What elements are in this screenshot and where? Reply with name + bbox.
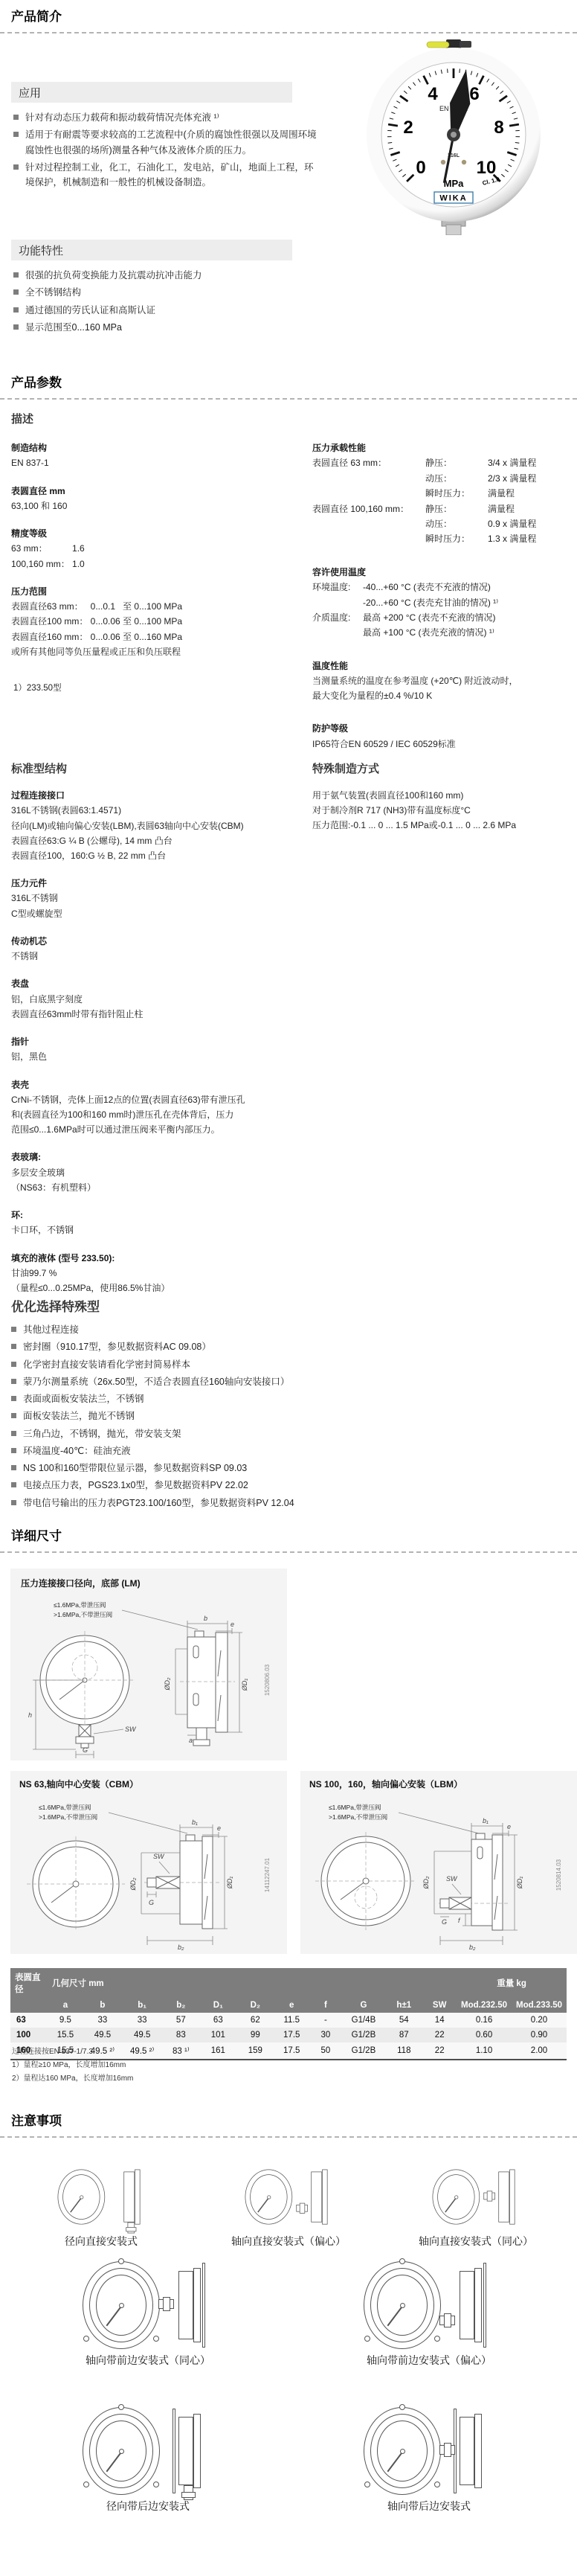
header-cell: b₁ bbox=[122, 1998, 162, 2013]
bullet-text: 针对过程控制工业，化工，石油化工，发电站，矿山，地面上工程，环境保护，机械制造和… bbox=[25, 160, 318, 190]
spec-block: 传动机芯 不锈钢 bbox=[11, 934, 305, 964]
flange-lug bbox=[364, 2482, 370, 2487]
drawing-id: 1520806.03 bbox=[264, 1664, 271, 1696]
drawing-panel-cbm: NS 63,轴向中心安装（CBM） ≤1.6MPa,带泄压阀 >1.6MPa,不… bbox=[10, 1771, 287, 1954]
dimension-value-cell: 99 bbox=[236, 2028, 274, 2042]
dimension-value-cell: 33 bbox=[83, 2013, 122, 2028]
description-right-column: 压力承载性能 表圆直径 63 mm： 静压： 3/4 x 满量程 动压： 2/3… bbox=[312, 440, 577, 764]
spec-block-title: 传动机芯 bbox=[11, 934, 305, 949]
dimension-value-cell: 11.5 bbox=[274, 2013, 309, 2028]
dimension-value-cell: 87 bbox=[385, 2028, 422, 2042]
bullet-item: 面板安装法兰，抛光不锈钢 bbox=[11, 1409, 428, 1423]
dimension-value-cell: 49.5 bbox=[122, 2028, 162, 2042]
bullet-item: 针对过程控制工业，化工，石油化工，发电站，矿山，地面上工程，环境保护，机械制造和… bbox=[13, 160, 318, 190]
dial-screw bbox=[441, 160, 445, 164]
mounting-caption: 轴向带前边安装式（偏心） bbox=[367, 2353, 491, 2368]
temperature-row: -20...+60 °C (表壳充甘油的情况) ¹⁾ bbox=[312, 595, 577, 610]
pressure-capacity-row: 动压： 0.9 x 满量程 bbox=[312, 516, 577, 531]
mounting-caption: 径向带后边安装式 bbox=[106, 2499, 190, 2513]
mount-side-view bbox=[120, 2170, 145, 2225]
header-cell: D₁ bbox=[199, 1998, 236, 2013]
dim-label-h: h bbox=[28, 1711, 32, 1719]
section-title: 产品参数 bbox=[11, 376, 62, 390]
bullet-item: 环境温度-40℃：硅油充液 bbox=[11, 1444, 428, 1458]
mounting-diagram-cell: 径向带后边安装式 bbox=[7, 2409, 288, 2513]
application-title: 应用 bbox=[19, 87, 41, 100]
dimension-value-cell: 50 bbox=[309, 2042, 341, 2060]
bullet-square-icon bbox=[11, 1465, 16, 1470]
header-cell: G bbox=[342, 1998, 386, 2013]
bullet-text: 表面或面板安装法兰，不锈钢 bbox=[23, 1391, 144, 1406]
spec-line: EN 837-1 bbox=[11, 455, 305, 470]
spec-line: 不锈钢 bbox=[11, 949, 305, 964]
spec-line: 铝，白底黑字刻度 bbox=[11, 992, 305, 1007]
bullet-text: NS 100和160型带限位显示器，参见数据资料SP 09.03 bbox=[23, 1461, 247, 1476]
mount-front-view bbox=[370, 2414, 434, 2488]
spec-block: 表盘 铝，白底黑字刻度表圆直径63mm时带有指针阻止柱 bbox=[11, 976, 305, 1022]
features-bullets: 很强的抗负荷变换能力及抗震动抗冲击能力 全不锈钢结构 通过德国的劳氏认证和高斯认… bbox=[13, 268, 318, 337]
application-bullets: 针对有动态压力载荷和振动载荷情况壳体充液 ¹⁾ 适用于有耐震等要求较高的工艺流程… bbox=[13, 110, 318, 192]
mounting-diagram-cell: 轴向带前边安装式（偏心） bbox=[288, 2263, 570, 2368]
spec-line: 表圆直径100 mm： 0...0.06 至 0...100 MPa bbox=[11, 614, 305, 629]
spec-block: 精度等级 63 mm： 1.6 100,160 mm： 1.0 bbox=[11, 526, 305, 571]
mount-side-view bbox=[455, 2414, 488, 2488]
spec-line: 范围≤0...1.6MPa时可以通过泄压阀来平衡内部压力。 bbox=[11, 1122, 305, 1137]
dimension-value-cell: 49.5 bbox=[83, 2028, 122, 2042]
dim-label-b2: b₂ bbox=[469, 1944, 476, 1951]
drawing-panel-lm: 压力连接接口径向，底部 (LM) ≤1.6MPa,带泄压阀 >1.6MPa,不带… bbox=[10, 1569, 287, 1760]
bullet-item: 针对有动态压力载荷和振动载荷情况壳体充液 ¹⁾ bbox=[13, 110, 318, 125]
spec-line: 最大变化为量程的±0.4 %/10 K bbox=[312, 688, 577, 703]
spec-line: 表圆直径63 mm： 0...0.1 至 0...100 MPa bbox=[11, 599, 305, 614]
mounting-caption: 轴向直接安装式（同心） bbox=[419, 2234, 533, 2249]
mount-front-view bbox=[370, 2268, 434, 2342]
bullet-square-icon bbox=[11, 1344, 16, 1349]
features-title: 功能特性 bbox=[19, 245, 63, 257]
temperature-row: 介质温度: 最高 +200 °C (表壳不充液的情况) bbox=[312, 610, 577, 625]
mount-front-view bbox=[433, 2170, 480, 2225]
bullet-item: 很强的抗负荷变换能力及抗震动抗冲击能力 bbox=[13, 268, 318, 283]
mount-front-view bbox=[245, 2170, 293, 2225]
bottom-connection-stem bbox=[184, 2485, 193, 2500]
bullet-text: 其他过程连接 bbox=[23, 1322, 79, 1337]
mounting-diagram-cell: 轴向带后边安装式 bbox=[288, 2409, 570, 2513]
dimension-value-cell: G1/4B bbox=[342, 2013, 386, 2028]
header-cell: h±1 bbox=[385, 1998, 422, 2013]
technical-drawing-lbm: NS 100，160，轴向偏心安装（LBM） ≤1.6MPa,带泄压阀 >1.6… bbox=[300, 1771, 577, 1954]
temperature-row: 最高 +100 °C (表壳充液的情况) ¹⁾ bbox=[312, 625, 577, 640]
bullet-text: 显示范围至0...160 MPa bbox=[25, 320, 122, 335]
dimension-value-cell: 159 bbox=[236, 2042, 274, 2060]
spec-block-title: 压力承载性能 bbox=[312, 440, 577, 455]
mount-front-view bbox=[58, 2170, 106, 2225]
table-footnotes: 过程连接按EN 837-1/7.31）量程≥10 MPa，长度增加16mm2）量… bbox=[12, 2046, 133, 2086]
back-flange-plate bbox=[173, 2409, 175, 2493]
spec-line: 多层安全玻璃 bbox=[11, 1165, 305, 1180]
bullet-item: 显示范围至0...160 MPa bbox=[13, 320, 318, 335]
mount-side-view bbox=[495, 2170, 520, 2225]
dial-number: 10 bbox=[477, 158, 497, 178]
mounting-diagram bbox=[363, 2263, 495, 2347]
bullet-text: 蒙乃尔测量系统（26x.50型，不适合表圆直径160轴向安装接口） bbox=[23, 1374, 289, 1389]
dimension-value-cell: 14 bbox=[422, 2013, 457, 2028]
dimension-value-cell: 118 bbox=[385, 2042, 422, 2060]
spec-block-title: 压力范围 bbox=[11, 584, 305, 599]
bullet-item: 其他过程连接 bbox=[11, 1322, 428, 1337]
bullet-item: 蒙乃尔测量系统（26x.50型，不适合表圆直径160轴向安装接口） bbox=[11, 1374, 428, 1389]
pressure-capacity-row: 瞬时压力： 满量程 bbox=[312, 486, 577, 501]
dimension-value-cell: 2.00 bbox=[512, 2042, 567, 2060]
bullet-text: 带电信号输出的压力表PGT23.100/160型，参见数据资料PV 12.04 bbox=[23, 1496, 294, 1510]
bullet-item: NS 100和160型带限位显示器，参见数据资料SP 09.03 bbox=[11, 1461, 428, 1476]
header-cell: Mod.232.50 bbox=[457, 1998, 512, 2013]
spec-block: 过程连接接口 316L不锈钢(表圆63:1.4571)径向(LM)或轴向偏心安装… bbox=[11, 788, 305, 863]
mounting-diagram bbox=[363, 2409, 495, 2493]
description-title: 描述 bbox=[11, 411, 33, 426]
bullet-item: 适用于有耐震等要求较高的工艺流程中(介质的腐蚀性很强以及周围环境腐蚀性也很强的场… bbox=[13, 127, 318, 158]
flange-lug bbox=[399, 2258, 405, 2264]
dim-label-sw: SW bbox=[125, 1726, 137, 1733]
bullet-text: 适用于有耐震等要求较高的工艺流程中(介质的腐蚀性很强以及周围环境腐蚀性也很强的场… bbox=[25, 127, 318, 158]
standard-structure-title: 标准型结构 bbox=[11, 760, 305, 776]
drawing-title: NS 63,轴向中心安装（CBM） bbox=[19, 1778, 138, 1790]
dial-number: 0 bbox=[416, 158, 425, 178]
spec-block-title: 制造结构 bbox=[11, 440, 305, 455]
spec-block-title: 填充的液体 (型号 233.50): bbox=[11, 1251, 305, 1266]
col-group-geometry: 几何尺寸 mm bbox=[48, 1968, 457, 1998]
dim-label-g: G bbox=[149, 1899, 154, 1906]
col-group-weight: 重量 kg bbox=[457, 1968, 567, 1998]
spec-line: IP65符合EN 60529 / IEC 60529标准 bbox=[312, 737, 577, 752]
spec-line: 100,160 mm： 1.0 bbox=[11, 557, 305, 571]
mounting-diagram-cell: 径向直接安装式 bbox=[7, 2144, 195, 2249]
mount-front-view bbox=[89, 2414, 153, 2488]
spec-block-title: 压力元件 bbox=[11, 876, 305, 891]
bullet-item: 带电信号输出的压力表PGT23.100/160型，参见数据资料PV 12.04 bbox=[11, 1496, 428, 1510]
col-group-size: 表圆直径 bbox=[10, 1968, 48, 1998]
description-left-column: 制造结构 EN 837-1 表圆直径 mm 63,100 和 160 精度等级 bbox=[11, 440, 305, 672]
dim-label-d1: ØD₁ bbox=[241, 1679, 248, 1692]
connection-stem bbox=[446, 225, 461, 235]
bullet-text: 三角凸边，不锈钢，抛光，带安装支架 bbox=[23, 1426, 181, 1441]
drawing-title: 压力连接接口径向，底部 (LM) bbox=[21, 1577, 141, 1589]
pressure-capacity-row: 表圆直径 100,160 mm： 静压： 满量程 bbox=[312, 502, 577, 516]
section-title: 详细尺寸 bbox=[11, 1529, 62, 1543]
bullet-item: 密封圈（910.17型，参见数据资料AC 09.08） bbox=[11, 1339, 428, 1354]
needle-hub-center bbox=[451, 132, 457, 138]
spec-block: 环: 卡口环，不锈钢 bbox=[11, 1208, 305, 1238]
spec-block: 表壳 CrNi-不锈钢，壳体上面12点的位置(表圆直径63)带有泄压孔和(表圆直… bbox=[11, 1077, 305, 1138]
flange-lug bbox=[434, 2482, 440, 2487]
dial-number: 4 bbox=[428, 84, 438, 104]
flange-lug bbox=[83, 2482, 89, 2487]
dimension-value-cell: G1/2B bbox=[342, 2042, 386, 2060]
dim-label-b: b bbox=[204, 1615, 207, 1622]
special-manufacture-title: 特殊制造方式 bbox=[312, 760, 577, 776]
pressure-gauge-photo: 0 2 4 6 8 10 EN 837-1 316L MPa Cl. 1.0 W… bbox=[341, 37, 567, 235]
header-cell: b bbox=[83, 1998, 122, 2013]
table-group-header-row: 表圆直径 几何尺寸 mm 重量 kg bbox=[10, 1968, 567, 1998]
dimension-value-cell: 9.5 bbox=[48, 2013, 83, 2028]
spec-block-title: 过程连接接口 bbox=[11, 788, 305, 803]
mount-front-view bbox=[89, 2268, 153, 2342]
table-footnote-line: 过程连接按EN 837-1/7.3 bbox=[12, 2046, 133, 2057]
spec-line: 和(表圆直径为100和160 mm时)泄压孔在壳体背后，压力 bbox=[11, 1107, 305, 1122]
table-footnote-line: 2）量程达160 MPa，长度增加16mm bbox=[12, 2073, 133, 2084]
header-cell: e bbox=[274, 1998, 309, 2013]
spec-line: 铝，黑色 bbox=[11, 1049, 305, 1064]
dial-screw bbox=[462, 160, 466, 164]
dimension-value-cell: 17.5 bbox=[274, 2028, 309, 2042]
mount-side-view bbox=[174, 2414, 207, 2488]
bullet-square-icon bbox=[13, 115, 19, 120]
dimension-value-cell: 22 bbox=[422, 2042, 457, 2060]
section-title: 注意事项 bbox=[11, 2114, 62, 2128]
bullet-text: 针对有动态压力载荷和振动载荷情况壳体充液 ¹⁾ bbox=[25, 110, 219, 125]
header-cell: b₂ bbox=[162, 1998, 199, 2013]
dim-label-d2: ØD₂ bbox=[129, 1877, 137, 1891]
spec-block: 压力元件 316L不锈钢C型或螺旋型 bbox=[11, 876, 305, 921]
spec-block: 压力范围 表圆直径63 mm： 0...0.1 至 0...100 MPa 表圆… bbox=[11, 584, 305, 659]
mounting-diagram-cell: 轴向带前边安装式（同心） bbox=[7, 2263, 288, 2368]
bullet-square-icon bbox=[11, 1482, 16, 1487]
bullet-square-icon bbox=[11, 1431, 16, 1436]
spec-line: 316L不锈钢(表圆63:1.4571) bbox=[11, 803, 305, 818]
spec-line: 表圆直径100，160:G ½ B, 22 mm 凸台 bbox=[11, 848, 305, 863]
bullet-item: 电接点压力表，PGS23.1x0型，参见数据资料PV 22.02 bbox=[11, 1478, 428, 1493]
dimension-size-cell: 63 bbox=[10, 2013, 48, 2028]
header-cell-blank bbox=[10, 1998, 48, 2013]
flange-lug bbox=[153, 2336, 159, 2342]
temperature-allow-block: 容许使用温度 环境温度: -40...+60 °C (表壳不充液的情况) -20… bbox=[312, 565, 577, 641]
spec-block: 指针 铝，黑色 bbox=[11, 1034, 305, 1065]
dimension-value-cell: 63 bbox=[199, 2013, 236, 2028]
header-cell: a bbox=[48, 1998, 83, 2013]
technical-drawing-lm: 压力连接接口径向，底部 (LM) ≤1.6MPa,带泄压阀 >1.6MPa,不带… bbox=[10, 1569, 287, 1760]
front-flange-plate bbox=[202, 2263, 205, 2348]
bullet-square-icon bbox=[13, 164, 19, 170]
bullet-square-icon bbox=[11, 1362, 16, 1367]
features-subheader: 功能特性 bbox=[11, 240, 292, 260]
dimension-value-cell: 0.20 bbox=[512, 2013, 567, 2028]
dim-label-a: a bbox=[189, 1737, 193, 1744]
spec-line: （NS63：有机塑料） bbox=[11, 1180, 305, 1195]
dimension-value-cell: 22 bbox=[422, 2028, 457, 2042]
options-title: 优化选择特殊型 bbox=[11, 1296, 428, 1315]
bullet-square-icon bbox=[13, 272, 19, 278]
spec-block-title: 指针 bbox=[11, 1034, 305, 1049]
valve-note: >1.6MPa,不带泄压阀 bbox=[39, 1813, 98, 1821]
spec-line: 甘油99.7 % bbox=[11, 1266, 305, 1281]
dimension-value-cell: 0.16 bbox=[457, 2013, 512, 2028]
bullet-item: 全不锈钢结构 bbox=[13, 285, 318, 300]
valve-note: >1.6MPa,不带泄压阀 bbox=[329, 1813, 388, 1821]
spec-line: 表圆直径63:G ¼ B (公螺母), 14 mm 凸台 bbox=[11, 833, 305, 848]
dimension-value-cell: 161 bbox=[199, 2042, 236, 2060]
back-connection-stem bbox=[158, 2299, 174, 2309]
dimension-value-cell: 33 bbox=[122, 2013, 162, 2028]
dimension-value-cell: 0.90 bbox=[512, 2028, 567, 2042]
valve-note: >1.6MPa,不带泄压阀 bbox=[54, 1611, 113, 1618]
bullet-text: 很强的抗负荷变换能力及抗震动抗冲击能力 bbox=[25, 268, 202, 283]
dimension-row: 63 9.5333357636211.5-G1/4B54140.160.20 bbox=[10, 2013, 567, 2028]
special-manufacture-column: 特殊制造方式 用于氨气装置(表圆直径100和160 mm)对于制冷剂R 717 … bbox=[312, 760, 577, 833]
bullet-square-icon bbox=[11, 1327, 16, 1332]
spec-block-title: 温度性能 bbox=[312, 659, 577, 673]
bullet-text: 通过德国的劳氏认证和高斯认证 bbox=[25, 303, 155, 318]
dial-number: 2 bbox=[403, 118, 413, 138]
standard-structure-column: 标准型结构 过程连接接口 316L不锈钢(表圆63:1.4571)径向(LM)或… bbox=[11, 760, 305, 1308]
bullet-square-icon bbox=[11, 1396, 16, 1401]
spec-block: 表玻璃: 多层安全玻璃（NS63：有机塑料） bbox=[11, 1150, 305, 1195]
table-footnote-line: 1）量程≥10 MPa，长度增加16mm bbox=[12, 2060, 133, 2071]
drawing-id: 1520814.03 bbox=[555, 1859, 562, 1891]
mounting-diagram bbox=[82, 2409, 214, 2493]
spec-block-title: 表盘 bbox=[11, 976, 305, 991]
bullet-item: 三角凸边，不锈钢，抛光，带安装支架 bbox=[11, 1426, 428, 1441]
dim-label-f: f bbox=[458, 1917, 461, 1924]
mounting-caption: 轴向带前边安装式（同心） bbox=[86, 2353, 210, 2368]
vent-valve-yellow-lever bbox=[427, 42, 449, 48]
options-section: 优化选择特殊型 其他过程连接 密封圈（910.17型，参见数据资料AC 09.0… bbox=[11, 1296, 428, 1513]
mounting-diagram bbox=[52, 2166, 150, 2228]
bullet-square-icon bbox=[13, 324, 19, 330]
dimension-value-cell: 15.5 bbox=[48, 2028, 83, 2042]
spec-line: 63,100 和 160 bbox=[11, 499, 305, 513]
spec-line: 316L不锈钢 bbox=[11, 891, 305, 906]
mount-side-view bbox=[174, 2268, 207, 2342]
mounting-diagram-cell: 轴向直接安装式（同心） bbox=[382, 2144, 570, 2249]
bullet-item: 表面或面板安装法兰，不锈钢 bbox=[11, 1391, 428, 1406]
back-connection-stem bbox=[483, 2193, 495, 2200]
valve-note: ≤1.6MPa,带泄压阀 bbox=[39, 1804, 91, 1811]
dimension-value-cell: 101 bbox=[199, 2028, 236, 2042]
flange-lug bbox=[399, 2404, 405, 2410]
drawing-panel-lbm: NS 100，160，轴向偏心安装（LBM） ≤1.6MPa,带泄压阀 >1.6… bbox=[300, 1771, 577, 1954]
dimension-row: 100 15.549.549.5831019917.530G1/2B87220.… bbox=[10, 2028, 567, 2042]
dimension-value-cell: G1/2B bbox=[342, 2028, 386, 2042]
application-subheader: 应用 bbox=[11, 82, 292, 103]
bullet-square-icon bbox=[11, 1413, 16, 1418]
protection-block: 防护等级 IP65符合EN 60529 / IEC 60529标准 bbox=[312, 721, 577, 752]
header-cell: Mod.233.50 bbox=[512, 1998, 567, 2013]
bullet-item: 通过德国的劳氏认证和高斯认证 bbox=[13, 303, 318, 318]
spec-block-title: 表玻璃: bbox=[11, 1150, 305, 1164]
spec-line: CrNi-不锈钢，壳体上面12点的位置(表圆直径63)带有泄压孔 bbox=[11, 1092, 305, 1107]
section-title: 产品简介 bbox=[11, 10, 62, 24]
dim-label-d2: ØD₂ bbox=[422, 1876, 430, 1890]
description-footnote: 1）233.50型 bbox=[13, 682, 62, 693]
dimension-value-cell: 30 bbox=[309, 2028, 341, 2042]
bullet-square-icon bbox=[13, 289, 19, 295]
section-header-dimensions: 详细尺寸 bbox=[0, 1519, 577, 1553]
section-header-intro: 产品简介 bbox=[0, 0, 577, 33]
dim-label-d1: ØD₁ bbox=[226, 1877, 233, 1890]
mount-side-view bbox=[455, 2268, 488, 2342]
flange-lug bbox=[118, 2258, 124, 2264]
unit-label: MPa bbox=[444, 178, 465, 189]
bullet-text: 全不锈钢结构 bbox=[25, 285, 81, 300]
bullet-item: 化学密封直接安装请看化学密封简易样本 bbox=[11, 1357, 428, 1372]
spec-block-title: 防护等级 bbox=[312, 721, 577, 736]
valve-note: ≤1.6MPa,带泄压阀 bbox=[329, 1804, 381, 1811]
section-header-notes: 注意事项 bbox=[0, 2104, 577, 2138]
spec-line: 63 mm： 1.6 bbox=[11, 541, 305, 556]
back-connection-stem bbox=[439, 2445, 455, 2455]
mounting-diagram bbox=[239, 2166, 338, 2228]
dimension-value-cell: 17.5 bbox=[274, 2042, 309, 2060]
flange-lug bbox=[434, 2336, 440, 2342]
spec-line: 用于氨气装置(表圆直径100和160 mm) bbox=[312, 788, 577, 803]
spec-line: 或所有其他同等负压量程或正压和负压联程 bbox=[11, 644, 305, 659]
dial-number: 8 bbox=[494, 118, 503, 138]
header-cell: D₂ bbox=[236, 1998, 274, 2013]
spec-line: （量程≤0...0.25MPa，使用86.5%甘油） bbox=[11, 1281, 305, 1295]
mounting-row-3: 径向带后边安装式 bbox=[7, 2409, 573, 2513]
mount-side-view bbox=[308, 2170, 332, 2225]
flange-lug bbox=[364, 2336, 370, 2342]
dimension-value-cell: 83 bbox=[162, 2028, 199, 2042]
spec-line: 对于制冷剂R 717 (NH3)带有温度标度°C bbox=[312, 803, 577, 818]
table-header-row: abb₁b₂D₁D₂efGh±1SWMod.232.50Mod.233.50 bbox=[10, 1998, 567, 2013]
temperature-row: 环境温度: -40...+60 °C (表壳不充液的情况) bbox=[312, 580, 577, 595]
spec-block: 表圆直径 mm 63,100 和 160 bbox=[11, 484, 305, 514]
bullet-square-icon bbox=[13, 307, 19, 313]
spec-line: 表圆直径160 mm： 0...0.06 至 0...160 MPa bbox=[11, 629, 305, 644]
temperature-effect-block: 温度性能 当测量系统的温度在参考温度 (+20℃) 附近波动时，最大变化为量程的… bbox=[312, 659, 577, 704]
dim-label-d2: ØD₂ bbox=[164, 1677, 171, 1691]
mounting-diagram-cell: 轴向直接安装式（偏心） bbox=[195, 2144, 382, 2249]
spec-block-title: 表壳 bbox=[11, 1077, 305, 1092]
brand-logo: WIKA bbox=[439, 194, 467, 203]
spec-block-title: 容许使用温度 bbox=[312, 565, 577, 580]
spec-line: 卡口环，不锈钢 bbox=[11, 1223, 305, 1237]
dimension-value-cell: 62 bbox=[236, 2013, 274, 2028]
spec-line: 当测量系统的温度在参考温度 (+20℃) 附近波动时， bbox=[312, 673, 577, 688]
pressure-capacity-row: 瞬时压力： 1.3 x 满量程 bbox=[312, 531, 577, 546]
dim-label-sw: SW bbox=[153, 1853, 165, 1860]
section-header-parameters: 产品参数 bbox=[0, 366, 577, 400]
spec-line: 径向(LM)或轴向偏心安装(LBM),表圆63轴向中心安装(CBM) bbox=[11, 818, 305, 833]
dim-label-b1: b₁ bbox=[192, 1819, 198, 1826]
spec-block-title: 精度等级 bbox=[11, 526, 305, 541]
dim-label-b1: b₁ bbox=[483, 1817, 489, 1824]
bullet-text: 电接点压力表，PGS23.1x0型，参见数据资料PV 22.02 bbox=[23, 1478, 248, 1493]
valve-note: ≤1.6MPa,带泄压阀 bbox=[54, 1601, 106, 1609]
spec-block-title: 环: bbox=[11, 1208, 305, 1223]
dim-label-e: e bbox=[231, 1621, 234, 1628]
dim-label-e: e bbox=[217, 1824, 221, 1832]
bullet-text: 环境温度-40℃：硅油充液 bbox=[23, 1444, 131, 1458]
bullet-square-icon bbox=[13, 132, 19, 137]
technical-drawing-cbm: NS 63,轴向中心安装（CBM） ≤1.6MPa,带泄压阀 >1.6MPa,不… bbox=[10, 1771, 287, 1954]
bullet-text: 化学密封直接安装请看化学密封简易样本 bbox=[23, 1357, 190, 1372]
bullet-square-icon bbox=[11, 1448, 16, 1453]
spec-block: 填充的液体 (型号 233.50): 甘油99.7 %（量程≤0...0.25M… bbox=[11, 1251, 305, 1296]
drawing-id: 14112247.01 bbox=[264, 1857, 271, 1892]
header-cell: SW bbox=[422, 1998, 457, 2013]
back-connection-stem bbox=[296, 2205, 308, 2212]
dimension-value-cell: 1.10 bbox=[457, 2042, 512, 2060]
dimension-value-cell: 0.60 bbox=[457, 2028, 512, 2042]
dimension-value-cell: - bbox=[309, 2013, 341, 2028]
bullet-text: 密封圈（910.17型，参见数据资料AC 09.08） bbox=[23, 1339, 211, 1354]
dim-label-g: G bbox=[442, 1918, 447, 1926]
spec-block-title: 表圆直径 mm bbox=[11, 484, 305, 499]
spec-line: C型或螺旋型 bbox=[11, 906, 305, 921]
bullet-square-icon bbox=[11, 1379, 16, 1384]
bottom-connection-stem bbox=[128, 2223, 135, 2234]
